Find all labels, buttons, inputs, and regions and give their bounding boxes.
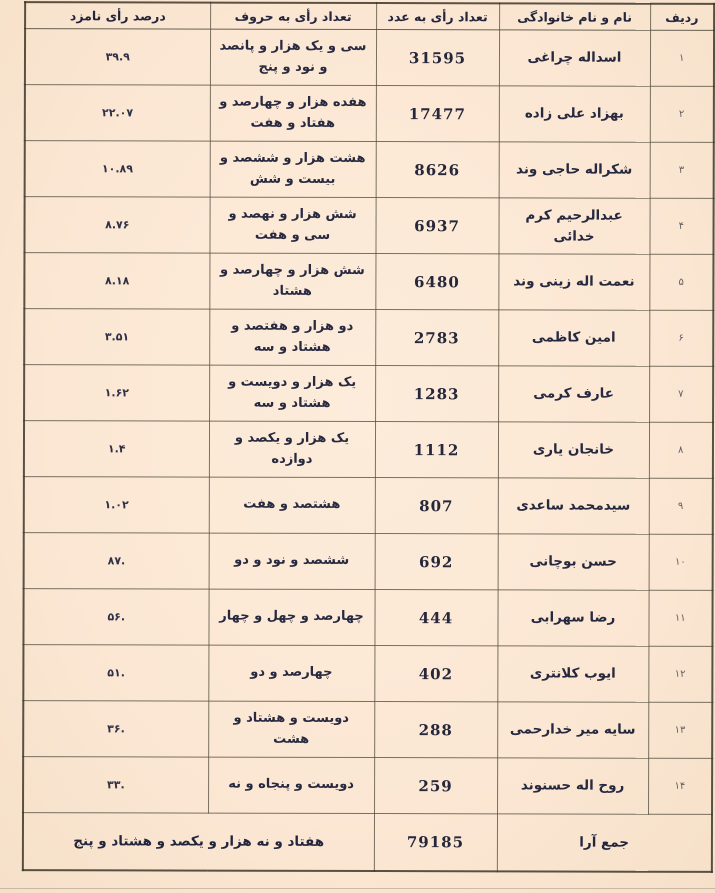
table-body: ۱ اسداله چراغی 31595 سی و یک هزار و پانص… [23,29,714,815]
table-header-row: رديف نام و نام خانوادگی تعداد رأی به عدد… [25,2,714,30]
votes-in-words: سی و یک هزار و پانصد و نود و پنج [210,29,376,85]
candidate-row: ۸ خانجان یاری 1112 یک هزار و یکصد و دواز… [24,421,713,479]
votes-numeric: 1112 [375,422,498,478]
vote-percentage: ۸۷. [24,533,209,589]
total-votes-in-words: هفتاد و نه هزار و یکصد و هشتاد و پنج [23,813,374,871]
total-votes-numeric: 79185 [374,814,497,871]
votes-in-words: چهارصد و چهل و چهار [208,589,374,645]
vote-percentage: ۱.۶۲ [24,365,209,421]
row-number: ۱۲ [648,646,712,702]
row-number: ۷ [649,366,713,422]
candidate-row: ۴ عبدالرحیم کرم خدائی 6937 شش هزار و نهص… [24,197,713,255]
votes-in-words: شش هزار و چهارصد و هشتاد [209,253,375,309]
row-number: ۶ [649,310,713,366]
votes-numeric: 288 [374,702,497,758]
candidate-name: سایه میر خدارحمی [497,702,648,758]
total-row: جمع آرا 79185 هفتاد و نه هزار و یکصد و ه… [23,813,712,872]
candidate-row: ۱۲ ایوب کلانتری 402 چهارصد و دو ۵۱. [23,645,712,703]
candidate-row: ۹ سیدمحمد ساعدی 807 هشتصد و هفت ۱.۰۲ [24,477,713,535]
candidate-name: ایوب کلانتری [497,646,648,702]
candidate-row: ۱ اسداله چراغی 31595 سی و یک هزار و پانص… [25,29,714,87]
vote-percentage: ۸.۷۶ [24,197,209,253]
candidate-row: ۶ امین کاظمی 2783 دو هزار و هفتصد و هشتا… [24,309,713,367]
header-votes-in-words: تعداد رأی به حروف [210,3,376,30]
candidate-name: شکراله حاجی وند [499,142,650,198]
header-vote-percentage: درصد رأی نامزد [25,2,210,29]
vote-percentage: ۵۶. [23,589,208,645]
votes-numeric: 17477 [376,86,499,142]
header-row-number: رديف [650,4,714,31]
votes-in-words: یک هزار و دویست و هشتاد و سه [209,365,375,421]
candidate-name: حسن بوچانی [498,534,649,590]
row-number: ۱۰ [649,534,713,590]
votes-numeric: 692 [375,534,498,590]
candidate-name: عارف کرمی [498,366,649,422]
candidate-row: ۱۱ رضا سهرابی 444 چهارصد و چهل و چهار ۵۶… [23,589,712,647]
votes-in-words: هفده هزار و چهارصد و هفتاد و هفت [210,85,376,141]
votes-numeric: 444 [374,590,497,646]
vote-percentage: ۱۰.۸۹ [25,141,210,197]
row-number: ۱۳ [648,702,712,758]
vote-percentage: ۵۱. [23,645,208,701]
vote-percentage: ۳.۵۱ [24,309,209,365]
total-label: جمع آرا [497,814,712,872]
votes-in-words: ششصد و نود و دو [209,533,375,589]
row-number: ۵ [649,254,713,310]
votes-numeric: 8626 [376,142,499,198]
votes-numeric: 6937 [375,198,498,254]
candidate-name: نعمت اله زینی وند [498,254,649,310]
row-number: ۱۴ [648,758,712,814]
vote-percentage: ۳۹.۹ [25,29,210,85]
vote-percentage: ۱.۰۲ [24,477,209,533]
candidate-row: ۲ بهزاد علی زاده 17477 هفده هزار و چهارص… [25,85,714,143]
header-votes-numeric: تعداد رأی به عدد [376,3,499,30]
row-number: ۹ [649,478,713,534]
votes-in-words: یک هزار و یکصد و دوازده [209,421,375,477]
votes-in-words: چهارصد و دو [208,645,374,701]
candidate-name: سیدمحمد ساعدی [498,478,649,534]
row-number: ۳ [650,142,714,198]
votes-in-words: دو هزار و هفتصد و هشتاد و سه [209,309,375,365]
row-number: ۴ [649,198,713,254]
votes-in-words: هشتصد و هفت [209,477,375,533]
votes-numeric: 6480 [375,254,498,310]
vote-percentage: ۳۶. [23,701,208,757]
votes-in-words: هشت هزار و ششصد و بیست و شش [210,141,376,197]
votes-numeric: 259 [374,758,497,814]
candidate-name: امین کاظمی [498,310,649,366]
row-number: ۱ [650,30,714,86]
candidate-row: ۱۴ روح اله حسنوند 259 دویست و پنجاه و نه… [23,757,712,815]
candidate-row: ۳ شکراله حاجی وند 8626 هشت هزار و ششصد و… [25,141,714,199]
election-results-table: رديف نام و نام خانوادگی تعداد رأی به عدد… [22,1,715,872]
candidate-row: ۷ عارف کرمی 1283 یک هزار و دویست و هشتاد… [24,365,713,423]
vote-percentage: ۸.۱۸ [24,253,209,309]
candidate-name: روح اله حسنوند [497,758,648,814]
vote-percentage: ۳۳. [23,757,208,813]
scan-bottom-edge [0,888,715,889]
vote-percentage: ۲۲.۰۷ [25,85,210,141]
row-number: ۸ [649,422,713,478]
votes-numeric: 402 [374,646,497,702]
row-number: ۲ [650,86,714,142]
candidate-name: رضا سهرابی [497,590,648,646]
candidate-row: ۱۰ حسن بوچانی 692 ششصد و نود و دو ۸۷. [24,533,713,591]
candidate-row: ۱۳ سایه میر خدارحمی 288 دویست و هشتاد و … [23,701,712,759]
vote-percentage: ۱.۴ [24,421,209,477]
votes-in-words: دویست و پنجاه و نه [208,757,374,813]
candidate-name: اسداله چراغی [499,30,650,86]
votes-in-words: دویست و هشتاد و هشت [208,701,374,757]
candidate-name: بهزاد علی زاده [499,86,650,142]
votes-numeric: 31595 [376,30,499,86]
row-number: ۱۱ [648,590,712,646]
scanned-page: رديف نام و نام خانوادگی تعداد رأی به عدد… [22,1,713,872]
candidate-row: ۵ نعمت اله زینی وند 6480 شش هزار و چهارص… [24,253,713,311]
votes-numeric: 2783 [375,310,498,366]
votes-numeric: 1283 [375,366,498,422]
candidate-name: خانجان یاری [498,422,649,478]
candidate-name: عبدالرحیم کرم خدائی [498,198,649,254]
votes-numeric: 807 [375,478,498,534]
votes-in-words: شش هزار و نهصد و سی و هفت [209,197,375,253]
header-candidate-name: نام و نام خانوادگی [499,3,650,30]
